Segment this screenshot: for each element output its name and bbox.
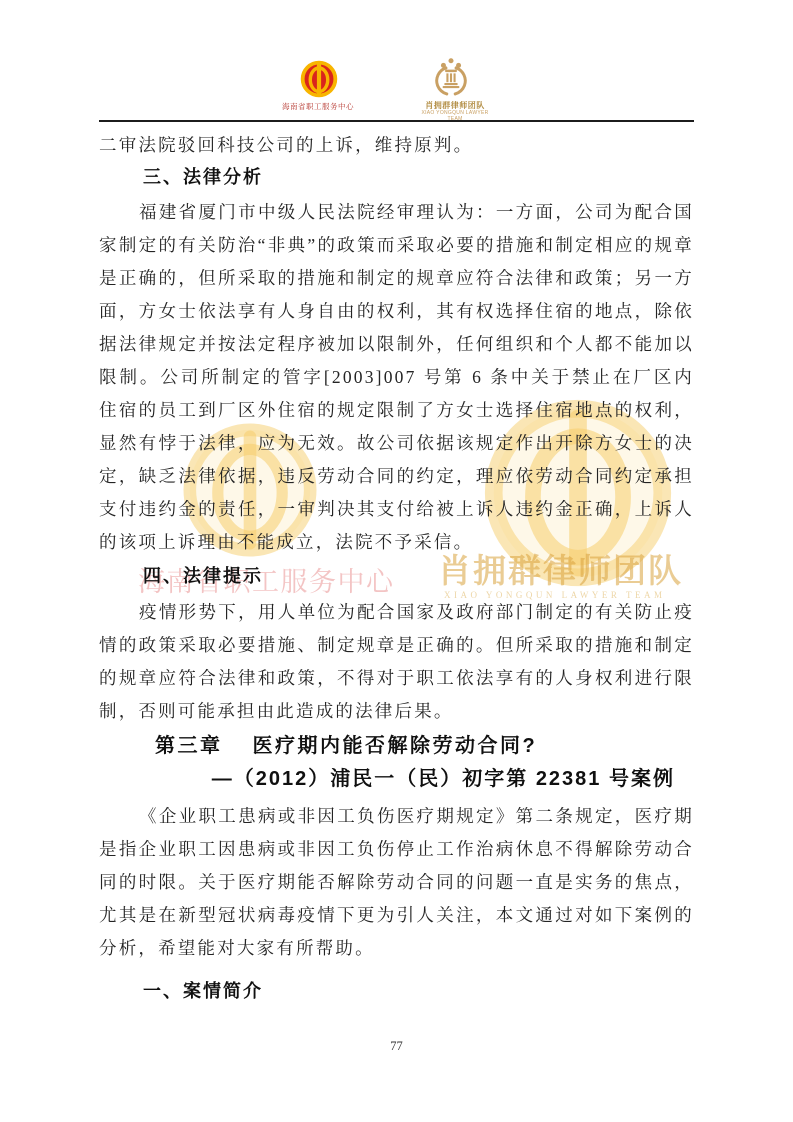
section-heading-legal-analysis: 三、法律分析 [99,164,738,190]
section-heading-case-summary: 一、案情简介 [99,978,738,1004]
chapter-title: 医疗期内能否解除劳动合同? [253,731,538,761]
paragraph-legal-analysis: 福建省厦门市中级人民法院经审理认为：一方面，公司为配合国家制定的有关防治“非典”… [99,196,694,559]
union-emblem-logo [300,60,338,98]
paragraph-chapter-intro: 《企业职工患病或非因工负伤医疗期规定》第二条规定，医疗期是指企业职工因患病或非因… [99,800,694,965]
chapter-label: 第三章 [155,731,223,761]
chapter-subtitle: —（2012）浦民一（民）初字第 22381 号案例 [99,764,694,794]
lawyer-team-logo [430,57,472,99]
paragraph-intro: 二审法院驳回科技公司的上诉，维持原判。 [99,129,694,162]
page-number: 77 [0,1039,793,1054]
chapter-heading-gap [223,731,253,761]
chapter-heading: 第三章 医疗期内能否解除劳动合同? [99,731,750,761]
union-logo-caption: 海南省职工服务中心 [278,101,358,112]
document-page: 海南省职工服务中心 肖拥群律师团队 XIAO YONGQUN LAWYER TE… [0,0,793,1122]
paragraph-legal-tips: 疫情形势下，用人单位为配合国家及政府部门制定的有关防止疫情的政策采取必要措施、制… [99,596,694,728]
header-divider [99,120,694,122]
section-heading-legal-tips: 四、法律提示 [99,563,738,589]
